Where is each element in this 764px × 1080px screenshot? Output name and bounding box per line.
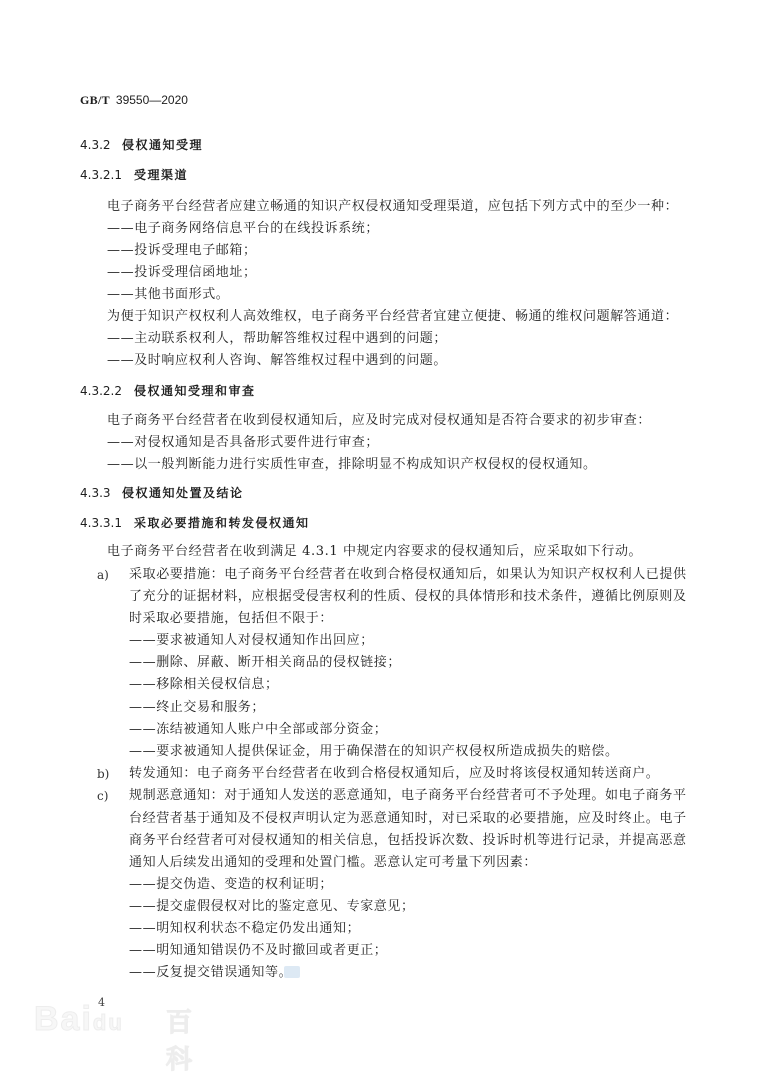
list-item: ——移除相关侵权信息； xyxy=(129,678,279,691)
list-item: ——投诉受理电子邮箱； xyxy=(107,244,257,257)
paragraph-line: 转发通知：电子商务平台经营者在收到合格侵权通知后，应及时将该侵权通知转送商户。 xyxy=(129,767,659,780)
list-marker-c: c) xyxy=(97,790,108,802)
paragraph: 电子商务平台经营者应建立畅通的知识产权侵权通知受理渠道，应包括下列方式中的至少一… xyxy=(107,200,678,213)
list-item: ——对侵权通知是否具备形式要件进行审查； xyxy=(107,436,379,449)
watermark-latin: Baidu xyxy=(34,1000,124,1039)
list-item: ——投诉受理信函地址； xyxy=(107,266,257,279)
baidu-baike-watermark: Baidu 百科 xyxy=(34,980,194,1030)
sac-stamp-icon xyxy=(284,966,300,978)
list-item: ——电子商务网络信息平台的在线投诉系统； xyxy=(107,222,379,235)
list-item: ——明知通知错误仍不及时撤回或者更正； xyxy=(129,944,387,957)
list-item: ——要求被通知人对侵权通知作出回应； xyxy=(129,634,374,647)
list-item: ——及时响应权利人咨询、解答维权过程中遇到的问题。 xyxy=(107,354,447,367)
list-item: ——删除、屏蔽、断开相关商品的侵权链接； xyxy=(129,656,401,669)
paragraph-line: 商务平台经营者可对侵权通知的相关信息，包括投诉次数、投诉时机等进行记录，并提高恶… xyxy=(129,834,687,847)
paragraph: 电子商务平台经营者在收到侵权通知后，应及时完成对侵权通知是否符合要求的初步审查： xyxy=(107,414,651,427)
section-number: 4.3.2.1 xyxy=(80,169,134,181)
standard-prefix: GB/T xyxy=(80,93,110,107)
list-item: ——明知权利状态不稳定仍发出通知； xyxy=(129,922,360,935)
paragraph: 电子商务平台经营者在收到满足 4.3.1 中规定内容要求的侵权通知后，应采取如下… xyxy=(107,545,642,558)
section-title: 侵权通知受理 xyxy=(122,138,203,152)
list-marker-a: a) xyxy=(97,569,109,581)
paragraph-line: 通知人后续发出通知的受理和处置门槛。恶意认定可考量下列因素： xyxy=(129,856,537,869)
section-heading-4-3-2-1: 4.3.2.1受理渠道 xyxy=(80,169,188,181)
paragraph-line: 规制恶意通知：对于通知人发送的恶意通知，电子商务平台经营者可不予处理。如电子商务… xyxy=(129,789,687,802)
list-item: ——主动联系权利人，帮助解答维权过程中遇到的问题； xyxy=(107,332,447,345)
section-title: 侵权通知处置及结论 xyxy=(122,486,244,500)
list-item: ——终止交易和服务； xyxy=(129,701,265,714)
section-heading-4-3-2-2: 4.3.2.2侵权通知受理和审查 xyxy=(80,385,256,397)
list-item: ——提交虚假侵权对比的鉴定意见、专家意见； xyxy=(129,900,415,913)
paragraph-line: 台经营者基于通知及不侵权声明认定为恶意通知时，对已采取的必要措施，应及时终止。电… xyxy=(129,812,687,825)
section-heading-4-3-3-1: 4.3.3.1采取必要措施和转发侵权通知 xyxy=(80,517,310,529)
list-item: ——反复提交错误通知等。 xyxy=(129,966,292,979)
page-number: 4 xyxy=(98,997,105,1008)
section-number: 4.3.3 xyxy=(80,487,122,499)
paragraph-line: 时采取必要措施，包括但不限于： xyxy=(129,612,333,625)
list-item: ——其他书面形式。 xyxy=(107,288,229,301)
section-number: 4.3.2.2 xyxy=(80,385,134,397)
list-item: ——冻结被通知人账户中全部或部分资金； xyxy=(129,723,387,736)
watermark-chinese: 百科 xyxy=(166,1002,194,1076)
list-item: ——要求被通知人提供保证金，用于确保潜在的知识产权侵权所造成损失的赔偿。 xyxy=(129,745,619,758)
section-heading-4-3-2: 4.3.2侵权通知受理 xyxy=(80,139,203,151)
list-item: ——提交伪造、变造的权利证明； xyxy=(129,878,333,891)
paragraph-line: 了充分的证据材料，应根据受侵害权利的性质、侵权的具体情形和技术条件，遵循比例原则… xyxy=(129,590,687,603)
section-heading-4-3-3: 4.3.3侵权通知处置及结论 xyxy=(80,487,244,499)
paragraph: 为便于知识产权权利人高效维权，电子商务平台经营者宜建立便捷、畅通的维权问题解答通… xyxy=(107,310,678,323)
standard-code-header: GB/T39550—2020 xyxy=(80,94,188,106)
section-number: 4.3.3.1 xyxy=(80,517,134,529)
paragraph-line: 采取必要措施：电子商务平台经营者在收到合格侵权通知后，如果认为知识产权权利人已提… xyxy=(129,568,687,581)
list-item: ——以一般判断能力进行实质性审查，排除明显不构成知识产权侵权的侵权通知。 xyxy=(107,458,597,471)
section-title: 受理渠道 xyxy=(134,168,188,182)
standard-number: 39550—2020 xyxy=(116,93,188,107)
section-title: 采取必要措施和转发侵权通知 xyxy=(134,516,310,530)
section-number: 4.3.2 xyxy=(80,139,122,151)
list-marker-b: b) xyxy=(97,768,109,780)
section-title: 侵权通知受理和审查 xyxy=(134,384,256,398)
